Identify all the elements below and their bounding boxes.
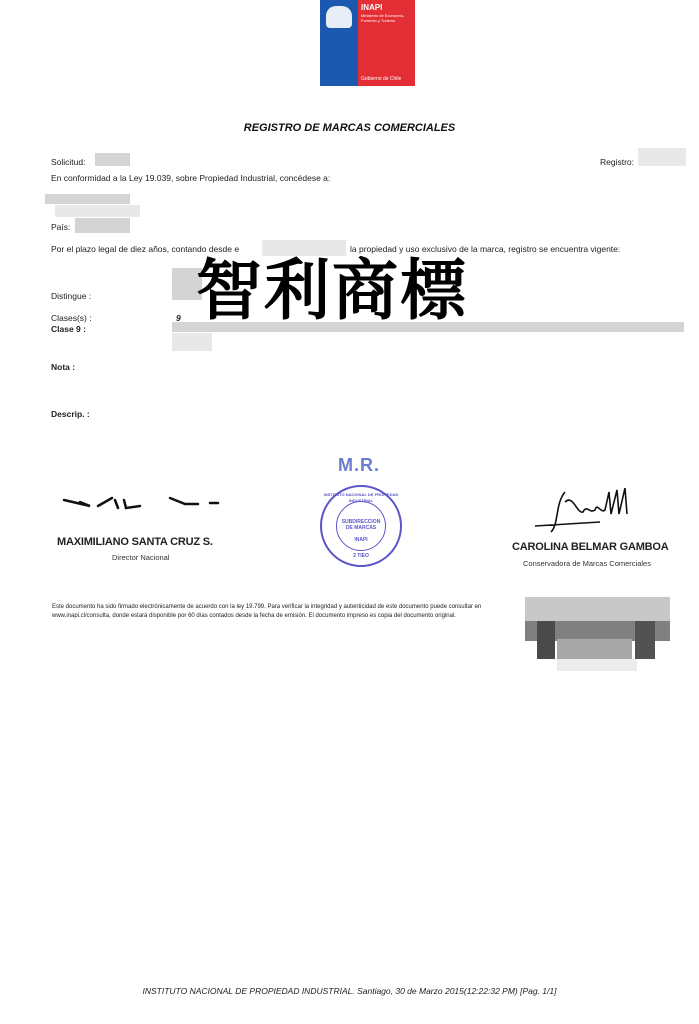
grant-text: En conformidad a la Ley 19.039, sobre Pr… (51, 173, 330, 183)
document-title: REGISTRO DE MARCAS COMERCIALES (0, 122, 699, 134)
clase9-redacted-2 (172, 333, 212, 351)
logo-blue-panel (320, 0, 358, 86)
solicitud-redacted (95, 153, 130, 166)
stamp-bottom: 2 TIEO (322, 553, 400, 559)
stamp-center-2: DE MARCAS (322, 525, 400, 531)
legal-notice: Este documento ha sido firmado electróni… (52, 603, 512, 620)
owner-redacted-2 (55, 205, 140, 217)
chile-crest-icon (326, 6, 352, 28)
signature-right-icon (525, 484, 640, 534)
clases-label: Clases(s) : (51, 313, 92, 323)
pais-label: País: (51, 222, 70, 232)
qr-code-redacted (525, 593, 670, 669)
watermark-text: 智利商標 (196, 258, 468, 324)
descrip-label: Descrip. : (51, 409, 90, 419)
signer-right-name: CAROLINA BELMAR GAMBOA (512, 541, 669, 553)
registro-redacted (638, 148, 686, 166)
distingue-label: Distingue : (51, 291, 91, 301)
logo-red-panel: INAPI Ministerio de Economía, Fomento y … (358, 0, 415, 86)
logo-government: Gobierno de Chile (361, 76, 401, 82)
signature-left-icon (60, 494, 225, 514)
signer-right-role: Conservadora de Marcas Comerciales (523, 559, 651, 568)
registro-label: Registro: (600, 157, 634, 167)
solicitud-label: Solicitud: (51, 157, 86, 167)
logo-org: INAPI (361, 3, 382, 12)
footer-text: INSTITUTO NACIONAL DE PROPIEDAD INDUSTRI… (0, 986, 699, 996)
pais-redacted (75, 218, 130, 233)
owner-redacted (45, 194, 130, 204)
mr-mark: M.R. (338, 455, 380, 476)
signer-left-name: MAXIMILIANO SANTA CRUZ S. (57, 536, 213, 548)
inapi-logo: INAPI Ministerio de Economía, Fomento y … (320, 0, 415, 86)
nota-label: Nota : (51, 362, 75, 372)
clase9-label: Clase 9 : (51, 324, 86, 334)
stamp-ring-text: INSTITUTO NACIONAL DE PROPIEDAD INDUSTRI… (322, 492, 400, 504)
logo-ministry: Ministerio de Economía, Fomento y Turism… (361, 13, 413, 23)
official-stamp: INSTITUTO NACIONAL DE PROPIEDAD INDUSTRI… (320, 485, 402, 567)
stamp-center-3: INAPI (322, 537, 400, 543)
signer-left-role: Director Nacional (112, 553, 170, 562)
